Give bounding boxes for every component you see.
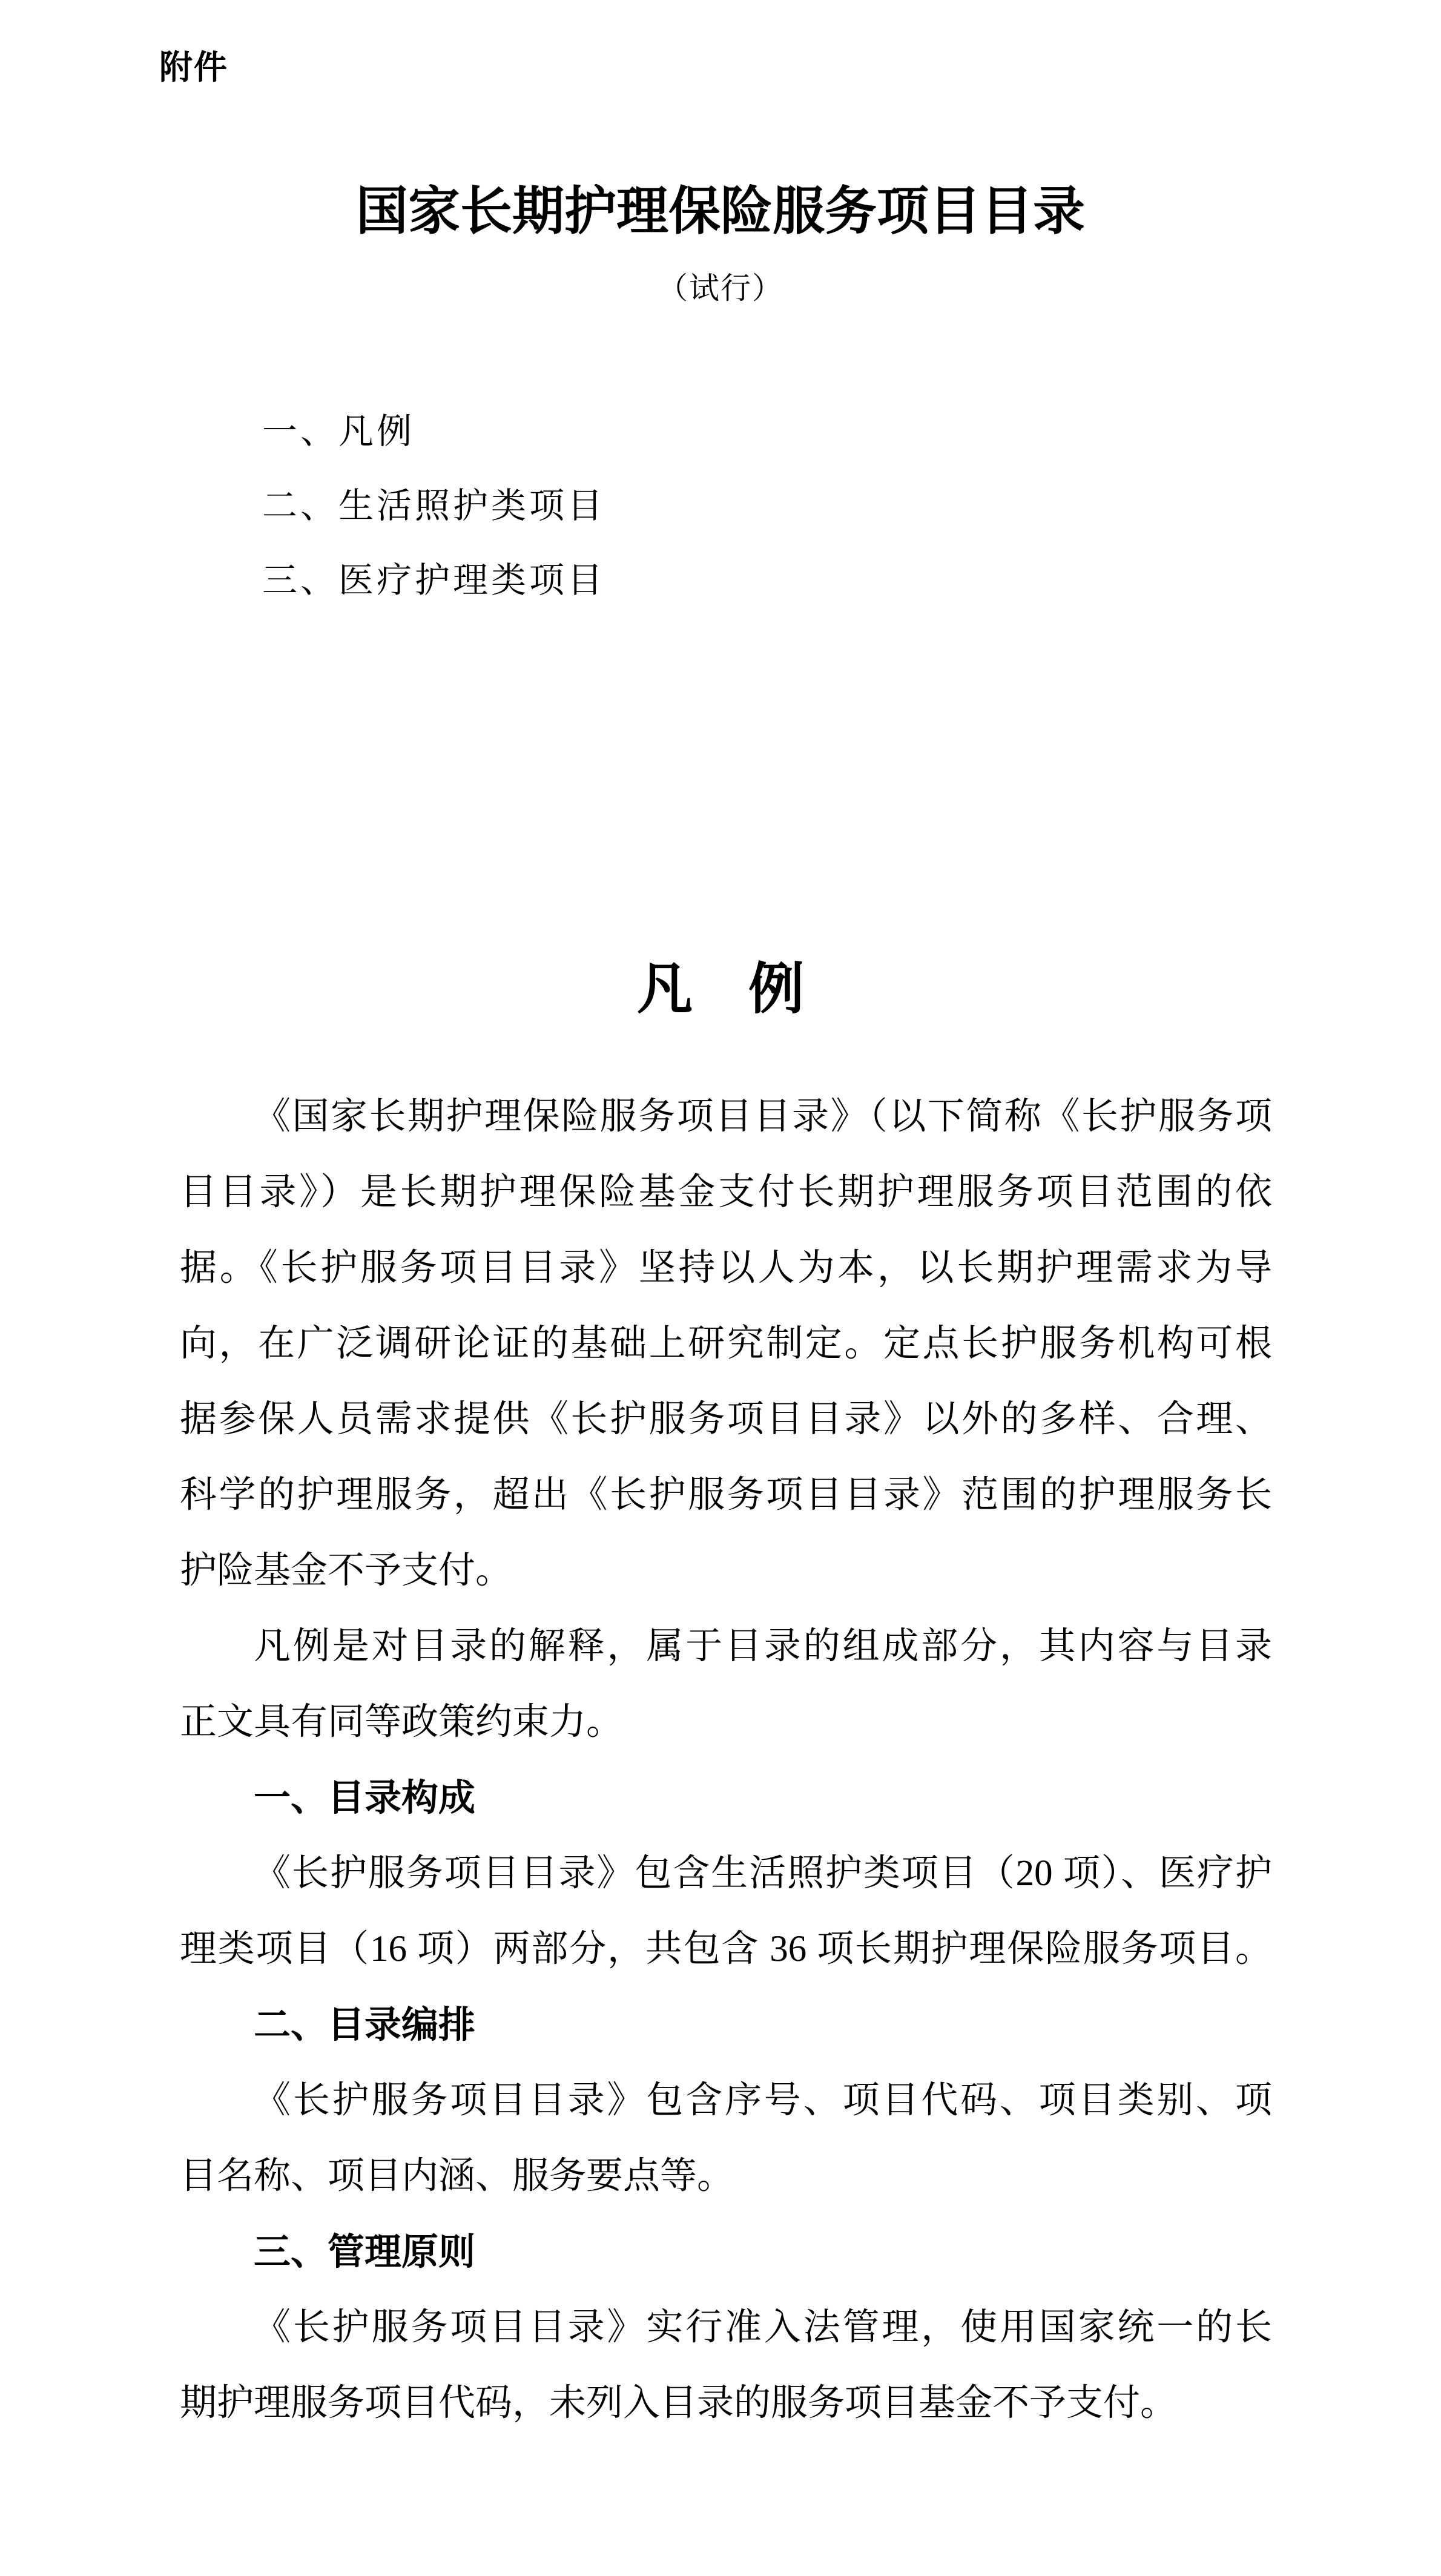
- section-subheading: 三、管理原则: [180, 2214, 1272, 2290]
- body-line: 目目录》）是长期护理保险基金支付长期护理服务项目范围的依: [180, 1155, 1272, 1230]
- section-body: 《国家长期护理保险服务项目目录》（以下简称《长护服务项目目录》）是长期护理保险基…: [180, 1079, 1272, 2441]
- body-line: 据参保人员需求提供《长护服务项目目录》以外的多样、合理、: [180, 1382, 1272, 1457]
- body-line: 凡例是对目录的解释，属于目录的组成部分，其内容与目录: [180, 1609, 1272, 1684]
- body-line: 《长护服务项目目录》包含生活照护类项目（20 项）、医疗护: [180, 1836, 1272, 1911]
- body-line: 目名称、项目内涵、服务要点等。: [180, 2138, 1272, 2214]
- body-line: 《国家长期护理保险服务项目目录》（以下简称《长护服务项: [180, 1079, 1272, 1155]
- section-heading: 凡 例: [0, 955, 1441, 1024]
- body-line: 《长护服务项目目录》包含序号、项目代码、项目类别、项: [180, 2063, 1272, 2138]
- document-page: 附件 国家长期护理保险服务项目目录 （试行） 一、凡例二、生活照护类项目三、医疗…: [0, 0, 1441, 2576]
- body-line: 正文具有同等政策约束力。: [180, 1684, 1272, 1760]
- toc-item-3: 三、医疗护理类项目: [262, 543, 605, 618]
- body-line: 期护理服务项目代码，未列入目录的服务项目基金不予支付。: [180, 2365, 1272, 2441]
- attachment-label: 附件: [159, 47, 228, 87]
- section-subheading: 一、目录构成: [180, 1760, 1272, 1836]
- document-title: 国家长期护理保险服务项目目录: [0, 182, 1441, 242]
- body-line: 向，在广泛调研论证的基础上研究制定。定点长护服务机构可根: [180, 1306, 1272, 1382]
- toc-item-1: 一、凡例: [262, 394, 605, 469]
- section-subheading: 二、目录编排: [180, 1987, 1272, 2063]
- document-subtitle: （试行）: [0, 270, 1441, 306]
- body-line: 《长护服务项目目录》实行准入法管理，使用国家统一的长: [180, 2290, 1272, 2365]
- body-line: 护险基金不予支付。: [180, 1533, 1272, 1609]
- toc-list: 一、凡例二、生活照护类项目三、医疗护理类项目: [262, 394, 605, 618]
- toc-item-2: 二、生活照护类项目: [262, 469, 605, 543]
- body-line: 科学的护理服务，超出《长护服务项目目录》范围的护理服务长: [180, 1457, 1272, 1533]
- body-line: 据。《长护服务项目目录》坚持以人为本，以长期护理需求为导: [180, 1230, 1272, 1306]
- body-line: 理类项目（16 项）两部分，共包含 36 项长期护理保险服务项目。: [180, 1911, 1272, 1987]
